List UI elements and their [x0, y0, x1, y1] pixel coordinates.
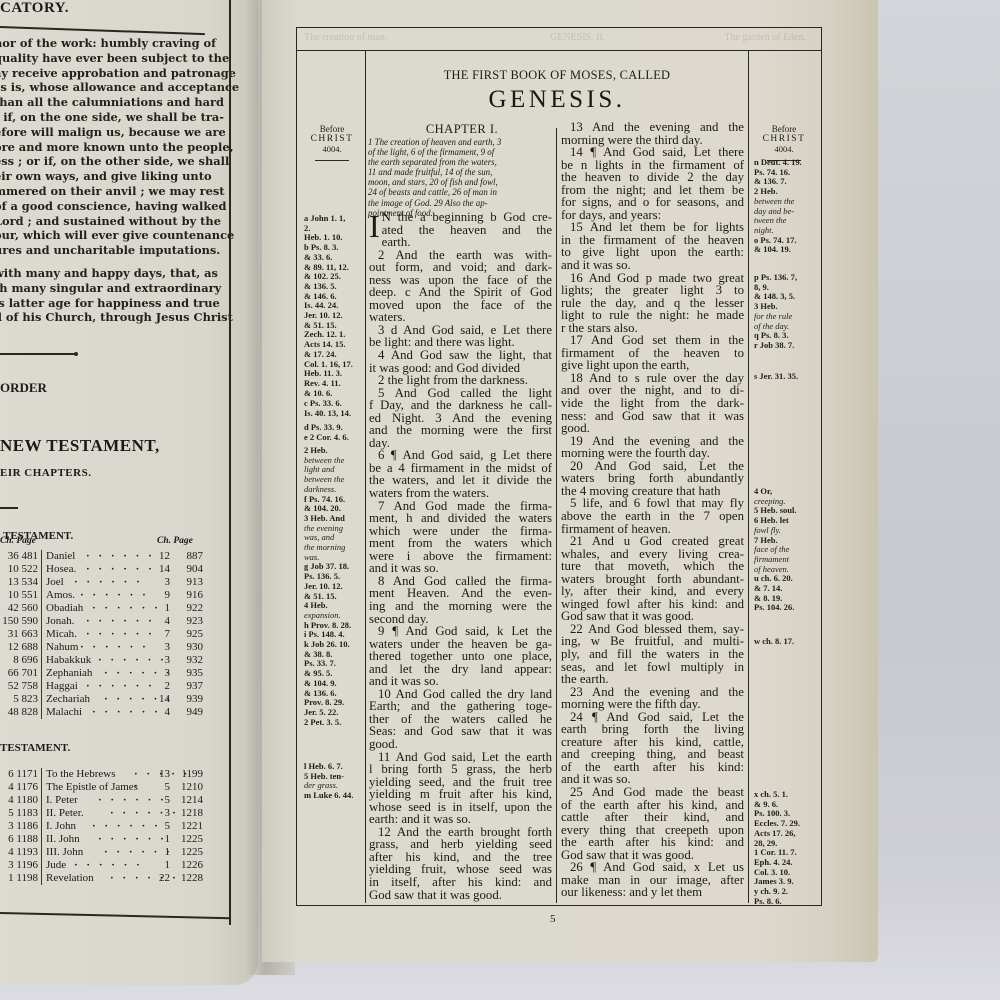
- verse-line: above the earth in the 7 open: [561, 510, 744, 523]
- toc-book-name: Habakkuk: [46, 654, 91, 666]
- toc-page: 930: [173, 641, 203, 653]
- dedication-line: eir own ways, and give liking unto: [0, 169, 204, 184]
- summary-line: the image of God. 29 Also the ap-: [368, 198, 551, 208]
- toc-prev-numbers: 3 1196: [0, 859, 38, 871]
- toc-prev-numbers: 1 1198: [0, 872, 38, 884]
- verse-line: ly, after their kind, and every: [561, 585, 744, 598]
- toc-page: 937: [173, 680, 203, 692]
- toc-chapters: 22: [150, 872, 170, 884]
- toc-page: 1218: [173, 807, 203, 819]
- left-margin-divider: [365, 51, 366, 903]
- toc-page: 1226: [173, 859, 203, 871]
- reference-line: Is. 40. 13, 14.: [304, 409, 351, 419]
- toc-page: 1225: [173, 846, 203, 858]
- reference-line: Ps. 104. 26.: [754, 603, 797, 613]
- dedication-line: ess ; or if, on the other side, we shall: [0, 154, 204, 169]
- toc-chapters: 5: [150, 781, 170, 793]
- verse-line: God saw that it was good.: [561, 610, 744, 623]
- toc-page: 949: [173, 706, 203, 718]
- verse-line: and creeping thing, and beast: [561, 748, 744, 761]
- reference-line: & 10. 6.: [304, 389, 353, 399]
- verse-line: and it was so.: [561, 259, 744, 272]
- toc-prev-numbers: 5 823: [0, 693, 38, 705]
- chapter-summary: 1 The creation of heaven and earth, 3of …: [368, 137, 551, 218]
- verse-line: and it was so.: [369, 562, 552, 575]
- verse-line: earth.: [369, 236, 552, 249]
- toc-book-name: To the Hebrews: [46, 768, 116, 780]
- dedication-line: mmered on their anvil ; we may rest: [0, 184, 204, 199]
- toc-chapters: 3: [150, 807, 170, 819]
- toc-prev-numbers: 31 663: [0, 628, 38, 640]
- verse-line: light to rule the night: he made: [561, 309, 744, 322]
- toc-page: 932: [173, 654, 203, 666]
- toc-prev-numbers: 52 758: [0, 680, 38, 692]
- toc-book-name: I. John: [46, 820, 76, 832]
- verse-line: ply, and fill the waters in the: [561, 648, 744, 661]
- verse-line: good.: [369, 738, 552, 751]
- verse-line: 4 And God saw the light, that: [369, 349, 552, 362]
- verse-line: deep. c And the Spirit of God: [369, 286, 552, 299]
- verse-line: in itself, after his kind: and: [369, 876, 552, 889]
- toc-book-name: II. Peter.: [46, 807, 84, 819]
- verse-line: morning were the fourth day.: [561, 447, 744, 460]
- verse-line: for signs, and o for seasons, and: [561, 196, 744, 209]
- chapters-subtitle: EIR CHAPTERS.: [0, 467, 91, 479]
- toc-book-name: Daniel: [46, 550, 75, 562]
- dedication-line: of a good conscience, having walked: [0, 199, 204, 214]
- dedication-title: CATORY.: [0, 0, 69, 17]
- toc-chapters: 1: [150, 833, 170, 845]
- toc-prev-numbers: 12 688: [0, 641, 38, 653]
- dedication-line: [0, 258, 204, 266]
- toc-chapters: 2: [150, 680, 170, 692]
- dedication-line: t if, on the one side, we shall be tra-: [0, 110, 204, 125]
- toc-page: 935: [173, 667, 203, 679]
- reference-line: m Luke 6. 44.: [304, 791, 353, 801]
- dedication-line: quality have ever been subject to the: [0, 51, 204, 66]
- toc-page: 1214: [173, 794, 203, 806]
- column-divider: [556, 128, 557, 903]
- toc-book-name: Revelation: [46, 872, 94, 884]
- toc-page: 1221: [173, 820, 203, 832]
- toc-page: 922: [173, 602, 203, 614]
- toc-prev-numbers: 8 696: [0, 654, 38, 666]
- toc-page: 887: [173, 550, 203, 562]
- dedication-line: than all the calumniations and hard: [0, 95, 204, 110]
- old-testament-toc: Ch. PageCh. Page36 481Daniel· · · · · ·1…: [0, 550, 205, 740]
- toc-book-name: Malachi: [46, 706, 82, 718]
- toc-prev-numbers: 5 1183: [0, 807, 38, 819]
- reference-line: e 2 Cor. 4. 6.: [304, 433, 349, 443]
- toc-chapters: 1: [150, 602, 170, 614]
- reference-group: p Ps. 136. 7,8, 9.& 148. 3, 5.3 Heb.for …: [754, 273, 797, 351]
- section-divider: [0, 353, 76, 355]
- verse-line: grass, and herb yielding seed: [369, 838, 552, 851]
- toc-page: 1225: [173, 833, 203, 845]
- verse-line: l bring forth 5 grass, the herb: [369, 763, 552, 776]
- dedication-line: hor of the work: humbly craving of: [0, 36, 204, 51]
- book-pretitle: THE FIRST BOOK OF MOSES, CALLED: [366, 68, 748, 83]
- toc-prev-numbers: 6 1171: [0, 768, 38, 780]
- toc-page: 913: [173, 576, 203, 588]
- verse-line: 25 And God made the beast: [561, 786, 744, 799]
- toc-divider: [41, 768, 42, 885]
- toc-chapters: 3: [150, 641, 170, 653]
- toc-page: 925: [173, 628, 203, 640]
- reference-group: l Heb. 6. 7.5 Heb. ten-der grass.m Luke …: [304, 762, 353, 801]
- left-page: CATORY. hor of the work: humbly craving …: [0, 0, 258, 985]
- toc-page: 1210: [173, 781, 203, 793]
- header-rule: [296, 50, 822, 51]
- dedication-line: efore will malign us, because we are: [0, 125, 204, 140]
- dedication-line: ay receive approbation and patronage: [0, 66, 204, 81]
- toc-chapters: 14: [150, 693, 170, 705]
- page-border: [0, 912, 230, 919]
- text-column-left: IN the a beginning b God cre-ated the he…: [369, 211, 552, 901]
- dedication-rule: [0, 26, 205, 35]
- reference-group: c Ps. 33. 6.Is. 40. 13, 14.: [304, 399, 351, 418]
- toc-book-name: II. John: [46, 833, 80, 845]
- reference-line: & 104. 19.: [754, 245, 802, 255]
- toc-page: 916: [173, 589, 203, 601]
- drop-cap: I: [369, 213, 380, 239]
- toc-book-name: Hosea.: [46, 563, 76, 575]
- toc-book-name: I. Peter: [46, 794, 78, 806]
- verse-line: ture that moveth, which the: [561, 560, 744, 573]
- toc-prev-numbers: 150 590: [0, 615, 38, 627]
- toc-book-name: Zephaniah: [46, 667, 92, 679]
- toc-book-name: The Epistle of James: [46, 781, 138, 793]
- toc-prev-numbers: 48 828: [0, 706, 38, 718]
- toc-book-name: Nahum: [46, 641, 78, 653]
- toc-prev-numbers: 4 1180: [0, 794, 38, 806]
- book-title: GENESIS.: [366, 86, 748, 114]
- verse-line: earth: and it was so.: [369, 813, 552, 826]
- toc-prev-numbers: 6 1188: [0, 833, 38, 845]
- toc-prev-numbers: 4 1193: [0, 846, 38, 858]
- toc-prev-numbers: 10 522: [0, 563, 38, 575]
- toc-prev-numbers: 10 551: [0, 589, 38, 601]
- verse-line: ing and the morning were the: [369, 600, 552, 613]
- toc-prev-numbers: 13 534: [0, 576, 38, 588]
- toc-header-right: Ch. Page: [157, 536, 193, 546]
- verse-line: good.: [561, 422, 744, 435]
- toc-chapters: 5: [150, 794, 170, 806]
- summary-line: of the light, 6 of the firmament, 9 of: [368, 147, 551, 157]
- before-christ-right: Before CHRIST 4004.: [752, 124, 816, 161]
- verse-line: waters bring forth abundantly: [561, 472, 744, 485]
- summary-line: moon, and stars, 20 of fish and fowl,: [368, 177, 551, 187]
- reference-line: r Job 38. 7.: [754, 341, 797, 351]
- text-column-right: 13 And the evening and themorning were t…: [561, 121, 744, 899]
- new-testament-heading: TESTAMENT.: [0, 742, 70, 754]
- verse-line: out form, and void; and dark-: [369, 261, 552, 274]
- toc-book-name: Obadiah: [46, 602, 83, 614]
- verse-line: yielding m fruit after his kind,: [369, 788, 552, 801]
- chapter-heading: CHAPTER I.: [372, 122, 552, 137]
- verse-line: 21 And u God created great: [561, 535, 744, 548]
- new-testament-title: NEW TESTAMENT,: [0, 436, 160, 456]
- toc-chapters: 4: [150, 706, 170, 718]
- verse-line: 17 And God set them in the: [561, 334, 744, 347]
- reference-group: a John 1. 1,2.Heb. 1. 10.b Ps. 8. 3.& 33…: [304, 214, 353, 398]
- verse-line: vide the light from the dark-: [561, 397, 744, 410]
- toc-chapters: 12: [150, 550, 170, 562]
- dedication-line: with many and happy days, that, as: [0, 266, 204, 281]
- toc-prev-numbers: 4 1176: [0, 781, 38, 793]
- reference-line: w ch. 8. 17.: [754, 637, 794, 647]
- verse-line: cattle after their kind, and: [561, 811, 744, 824]
- page-number: 5: [550, 913, 556, 925]
- summary-line: 11 and made fruitful, 14 of the sun,: [368, 167, 551, 177]
- reference-line: s Jer. 31. 35.: [754, 372, 798, 382]
- verse-line: ment from the waters which: [369, 537, 552, 550]
- reference-group: 4 Or,creeping.5 Heb. soul.6 Heb. letfowl…: [754, 487, 797, 613]
- verse-line: 9 ¶ And God said, k Let the: [369, 625, 552, 638]
- verse-line: lights; the greater light 3 to: [561, 284, 744, 297]
- toc-chapters: 4: [150, 615, 170, 627]
- reference-group: s Jer. 31. 35.: [754, 372, 798, 382]
- verse-line: 2 the light from the darkness.: [369, 374, 552, 387]
- toc-book-name: Zechariah: [46, 693, 90, 705]
- dedication-line: is latter age for happiness and true: [0, 296, 204, 311]
- verse-line: N the a beginning b God cre-: [369, 211, 552, 224]
- before-christ-left: Before CHRIST 4004.: [302, 124, 362, 161]
- toc-page: 923: [173, 615, 203, 627]
- verse-line: our likeness: and y let them: [561, 886, 744, 899]
- dedication-line: ss is, whose allowance and acceptance: [0, 80, 204, 95]
- toc-page: 1228: [173, 872, 203, 884]
- toc-chapters: 1: [150, 846, 170, 858]
- verse-line: and it was so.: [369, 675, 552, 688]
- toc-book-name: Micah.: [46, 628, 77, 640]
- summary-line: 1 The creation of heaven and earth, 3: [368, 137, 551, 147]
- verse-line: f Day, and the darkness he call-: [369, 399, 552, 412]
- toc-chapters: 5: [150, 820, 170, 832]
- reference-line: a John 1. 1,: [304, 214, 353, 224]
- verse-line: earth bring forth the living: [561, 723, 744, 736]
- verse-line: waters from the waters.: [369, 487, 552, 500]
- toc-chapters: 7: [150, 628, 170, 640]
- reference-line: 2 Pet. 3. 5.: [304, 718, 351, 728]
- reference-group: w ch. 8. 17.: [754, 637, 794, 647]
- new-testament-toc: 6 1171To the Hebrews· · · · · ·1311994 1…: [0, 768, 205, 888]
- dedication-line: ore and more known unto the people,: [0, 140, 204, 155]
- toc-prev-numbers: 42 560: [0, 602, 38, 614]
- toc-chapters: 3: [150, 576, 170, 588]
- toc-prev-numbers: 3 1186: [0, 820, 38, 832]
- summary-line: the earth separated from the waters,: [368, 157, 551, 167]
- toc-chapters: 3: [150, 667, 170, 679]
- dedication-line: d of his Church, through Jesus Christ: [0, 310, 204, 325]
- reference-line: Ps. 8. 6.: [754, 897, 800, 907]
- toc-page: 939: [173, 693, 203, 705]
- verse-line: 26 ¶ And God said, x Let us: [561, 861, 744, 874]
- toc-book-name: Joel: [46, 576, 64, 588]
- page-border: [229, 0, 231, 925]
- toc-chapters: 1: [150, 859, 170, 871]
- verse-line: thered together unto one place,: [369, 650, 552, 663]
- toc-chapters: 14: [150, 563, 170, 575]
- toc-book-name: Amos.: [46, 589, 75, 601]
- section-divider: [0, 507, 18, 509]
- dedication-line: our, which will ever give countenance: [0, 228, 204, 243]
- verse-line: God saw that it was good.: [369, 889, 552, 902]
- toc-book-name: III. John: [46, 846, 83, 858]
- toc-book-name: Jonah.: [46, 615, 74, 627]
- verse-line: morning were the fifth day.: [561, 698, 744, 711]
- reference-group: n Deut. 4. 19.Ps. 74. 16.& 136. 7.2 Heb.…: [754, 158, 802, 255]
- dedication-text: hor of the work: humbly craving ofqualit…: [0, 36, 204, 325]
- reference-group: d Ps. 33. 9.e 2 Cor. 4. 6.: [304, 423, 349, 442]
- verse-line: the earth.: [561, 673, 744, 686]
- verse-line: Earth; and the gathering toge-: [369, 700, 552, 713]
- toc-chapters: 9: [150, 589, 170, 601]
- toc-prev-numbers: 66 701: [0, 667, 38, 679]
- reference-group: 2 Heb.between thelight andbetween thedar…: [304, 446, 351, 727]
- toc-book-name: Haggai: [46, 680, 78, 692]
- toc-prev-numbers: 36 481: [0, 550, 38, 562]
- verse-line: ment, h and divided the waters: [369, 512, 552, 525]
- order-title: ORDER: [0, 380, 47, 396]
- right-margin-divider: [748, 51, 749, 903]
- verse-line: 14 ¶ And God said, Let there: [561, 146, 744, 159]
- dedication-line: th many singular and extraordinary: [0, 281, 204, 296]
- reference-group: x ch. 5. 1.& 9. 6.Ps. 100. 3.Eccles. 7. …: [754, 790, 800, 906]
- verse-line: 13 And the evening and the: [561, 121, 744, 134]
- dedication-line: ures and uncharitable imputations.: [0, 243, 204, 258]
- verse-line: the earth after his kind: and: [561, 836, 744, 849]
- summary-line: 24 of beasts and cattle, 26 of man in: [368, 187, 551, 197]
- toc-chapters: 13: [150, 768, 170, 780]
- toc-book-name: Jude: [46, 859, 66, 871]
- toc-chapters: 3: [150, 654, 170, 666]
- toc-page: 904: [173, 563, 203, 575]
- toc-header-left: Ch. Page: [0, 536, 36, 546]
- dedication-line: Lord ; and sustained without by the: [0, 214, 204, 229]
- verse-line: and the morning were the first: [369, 424, 552, 437]
- toc-divider: [41, 550, 42, 719]
- toc-page: 1199: [173, 768, 203, 780]
- verse-line: the heaven to divide 2 the day: [561, 171, 744, 184]
